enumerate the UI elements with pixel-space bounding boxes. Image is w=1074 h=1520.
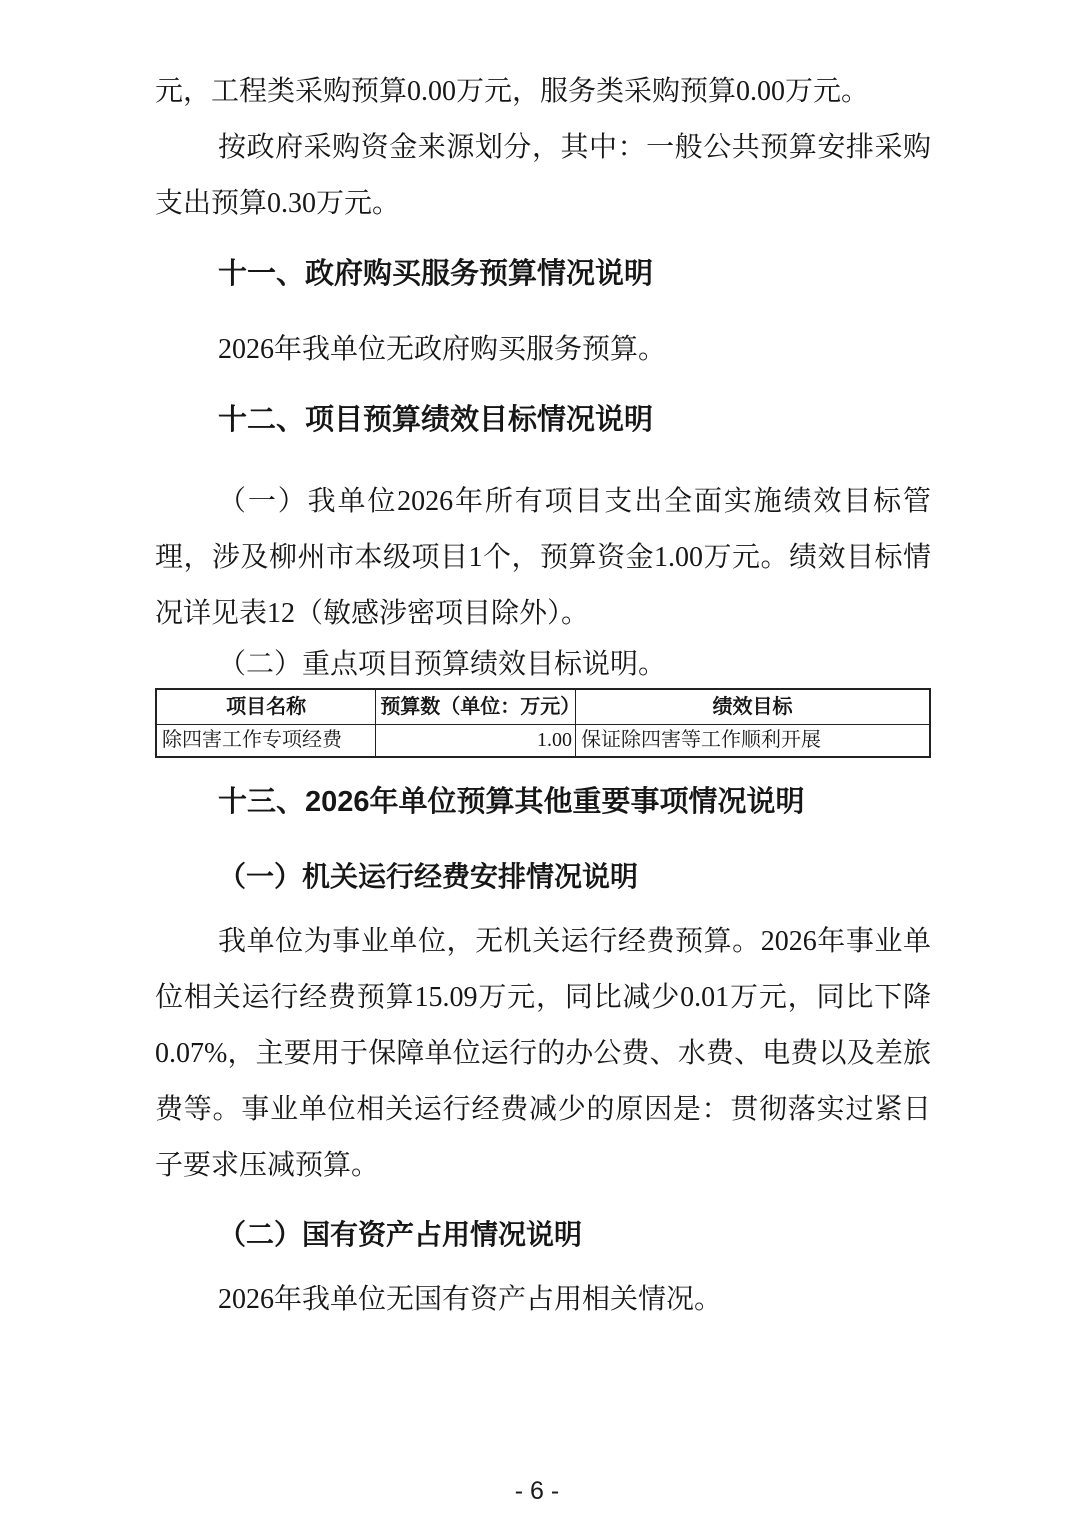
paragraph-procurement-continuation: 元，工程类采购预算0.00万元，服务类采购预算0.00万元。 bbox=[155, 64, 931, 120]
paragraph-13-1: 我单位为事业单位，无机关运行经费预算。2026年事业单位相关运行经费预算15.0… bbox=[155, 914, 931, 1194]
performance-target-table: 项目名称 预算数（单位：万元） 绩效目标 除四害工作专项经费 1.00 保证除四… bbox=[155, 688, 931, 758]
table-header-budget: 预算数（单位：万元） bbox=[376, 689, 576, 725]
section-heading-13: 十三、2026年单位预算其他重要事项情况说明 bbox=[155, 774, 931, 830]
table-cell-performance-goal: 保证除四害等工作顺利开展 bbox=[576, 725, 931, 758]
paragraph-funding-source: 按政府采购资金来源划分，其中：一般公共预算安排采购支出预算0.30万元。 bbox=[155, 120, 931, 232]
paragraph-13-2: 2026年我单位无国有资产占用相关情况。 bbox=[155, 1272, 931, 1328]
table-row: 除四害工作专项经费 1.00 保证除四害等工作顺利开展 bbox=[156, 725, 930, 758]
paragraph-12-1: （一）我单位2026年所有项目支出全面实施绩效目标管理，涉及柳州市本级项目1个，… bbox=[155, 474, 931, 642]
page-number: - 6 - bbox=[0, 1477, 1074, 1506]
document-page: 元，工程类采购预算0.00万元，服务类采购预算0.00万元。 按政府采购资金来源… bbox=[0, 0, 1074, 1520]
section-heading-12: 十二、项目预算绩效目标情况说明 bbox=[155, 392, 931, 448]
table-header-project-name: 项目名称 bbox=[156, 689, 376, 725]
sub-heading-13-1: （一）机关运行经费安排情况说明 bbox=[155, 850, 931, 906]
table-cell-project-name: 除四害工作专项经费 bbox=[156, 725, 376, 758]
document-body: 元，工程类采购预算0.00万元，服务类采购预算0.00万元。 按政府采购资金来源… bbox=[155, 64, 931, 1328]
paragraph-12-2: （二）重点项目预算绩效目标说明。 bbox=[155, 642, 931, 688]
table-cell-budget: 1.00 bbox=[376, 725, 576, 758]
table-header-performance-goal: 绩效目标 bbox=[576, 689, 931, 725]
sub-heading-13-2: （二）国有资产占用情况说明 bbox=[155, 1208, 931, 1264]
table-header-row: 项目名称 预算数（单位：万元） 绩效目标 bbox=[156, 689, 930, 725]
section-heading-11: 十一、政府购买服务预算情况说明 bbox=[155, 246, 931, 302]
paragraph-11-1: 2026年我单位无政府购买服务预算。 bbox=[155, 322, 931, 378]
